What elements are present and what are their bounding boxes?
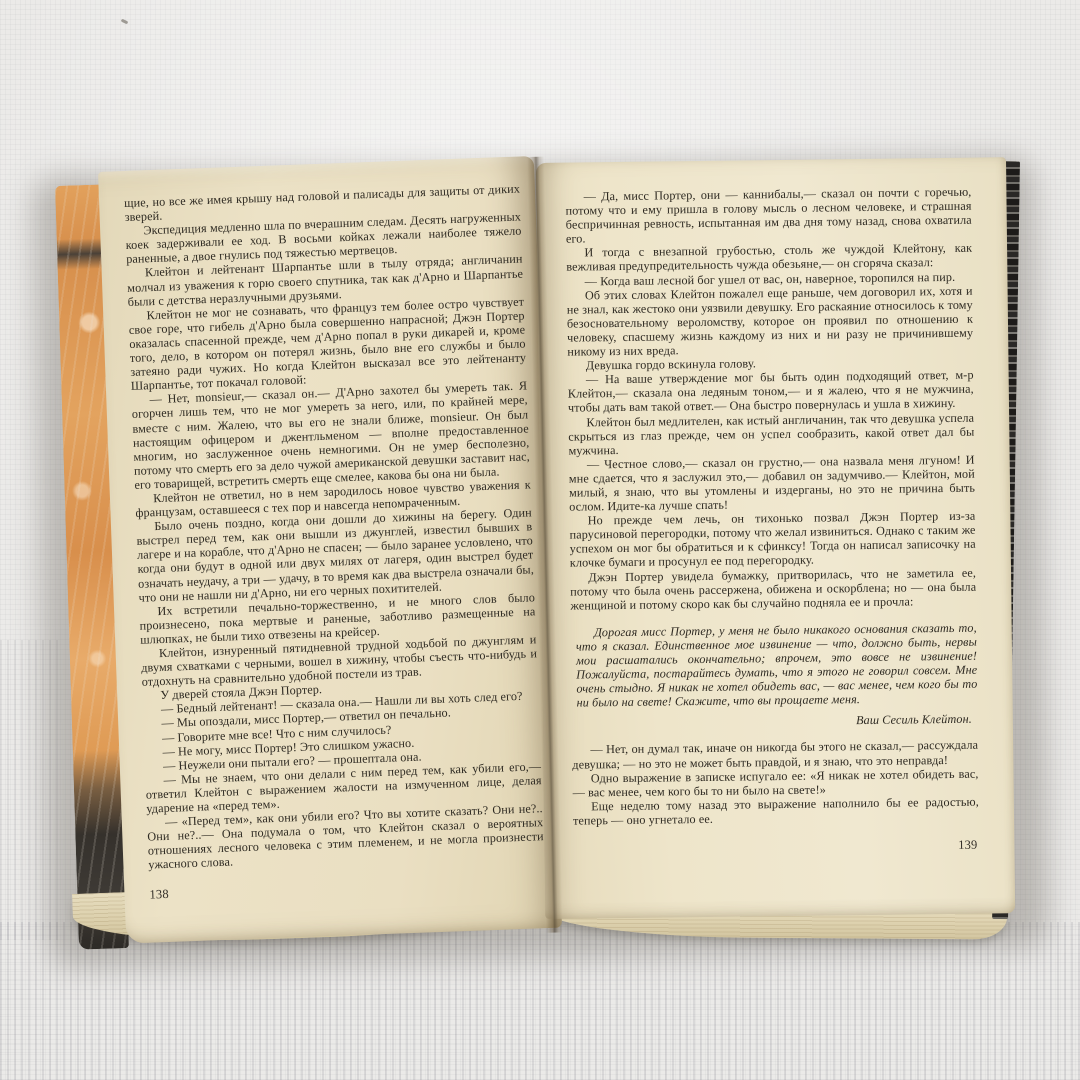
paragraph: Об этих словах Клейтон пожалел еще раньш… [567,283,974,358]
page-number-left: 138 [149,873,545,902]
page-number-right: 139 [573,838,979,857]
right-page: — Да, мисс Портер, они — каннибалы,— ска… [536,157,1015,919]
paragraph: Клейтон не мог не сознавать, что француз… [128,294,527,393]
paragraph: И тогда с внезапной грубостью, столь же … [566,241,972,274]
dialogue-line: — Честное слово,— сказал он грустно,— он… [569,452,976,513]
paragraph: Было очень поздно, когда они дошли до хи… [136,505,535,604]
left-page-text: щие, но все же имея крышу над головой и … [124,182,546,902]
photo-of-open-book: щие, но все же имея крышу над головой и … [0,0,1080,1080]
paragraph: Клейтон был медлителен, как истый англич… [568,410,974,457]
letter-text: Дорогая мисс Портер, у меня не было ника… [571,620,978,710]
paragraph: Джэн Портер увидела бумажку, притворилас… [570,565,976,612]
paragraph: — Нет, monsieur,— сказал он.— Д'Арно зах… [131,379,530,492]
letter-signature: Ваш Сесиль Клейтон. [572,712,972,731]
right-page-text: — Да, мисс Портер, они — каннибалы,— ска… [565,185,979,857]
paragraph: Но прежде чем лечь, он тихонько позвал Д… [569,509,976,570]
dialogue-line: — Да, мисс Портер, они — каннибалы,— ска… [565,185,972,246]
paragraph: Еще неделю тому назад это выражение напо… [573,794,979,827]
dialogue-line: — Нет, он думал так, иначе он никогда бы… [572,738,978,771]
left-page: щие, но все же имея крышу над головой и … [98,156,562,943]
dialogue-line: — На ваше утверждение мог бы быть один п… [568,368,974,415]
